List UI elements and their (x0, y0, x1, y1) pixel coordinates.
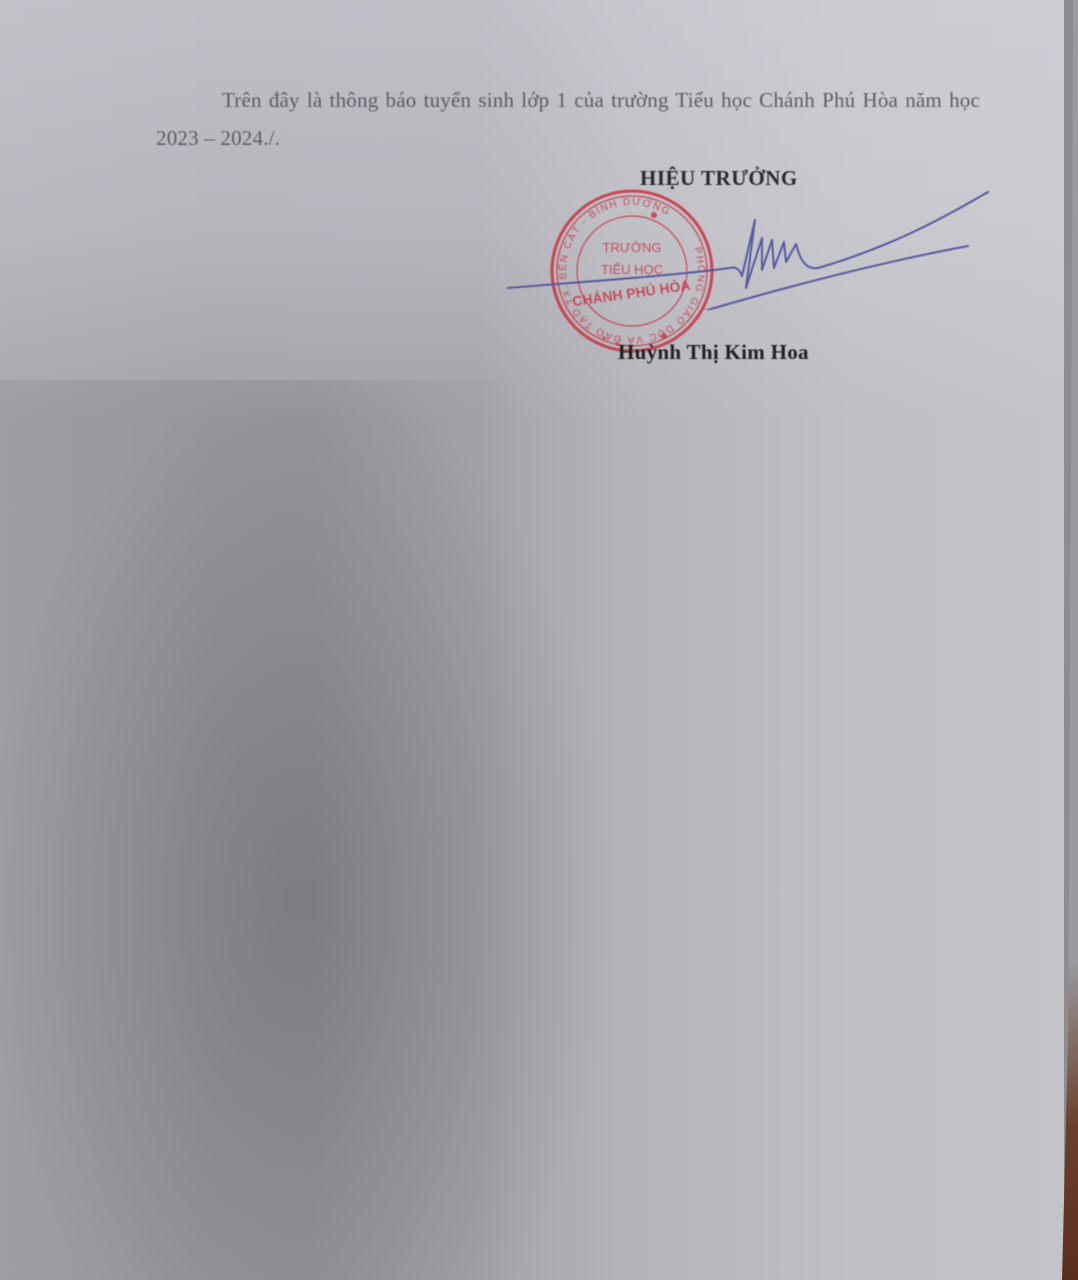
document-content: Trên đây là thông báo tuyển sinh lớp 1 c… (0, 0, 1064, 1280)
table-edge (1062, 0, 1078, 1280)
closing-paragraph: Trên đây là thông báo tuyển sinh lớp 1 c… (156, 81, 980, 157)
signer-name: Huỳnh Thị Kim Hoa (618, 340, 809, 365)
handwritten-signature-icon (500, 180, 1000, 310)
